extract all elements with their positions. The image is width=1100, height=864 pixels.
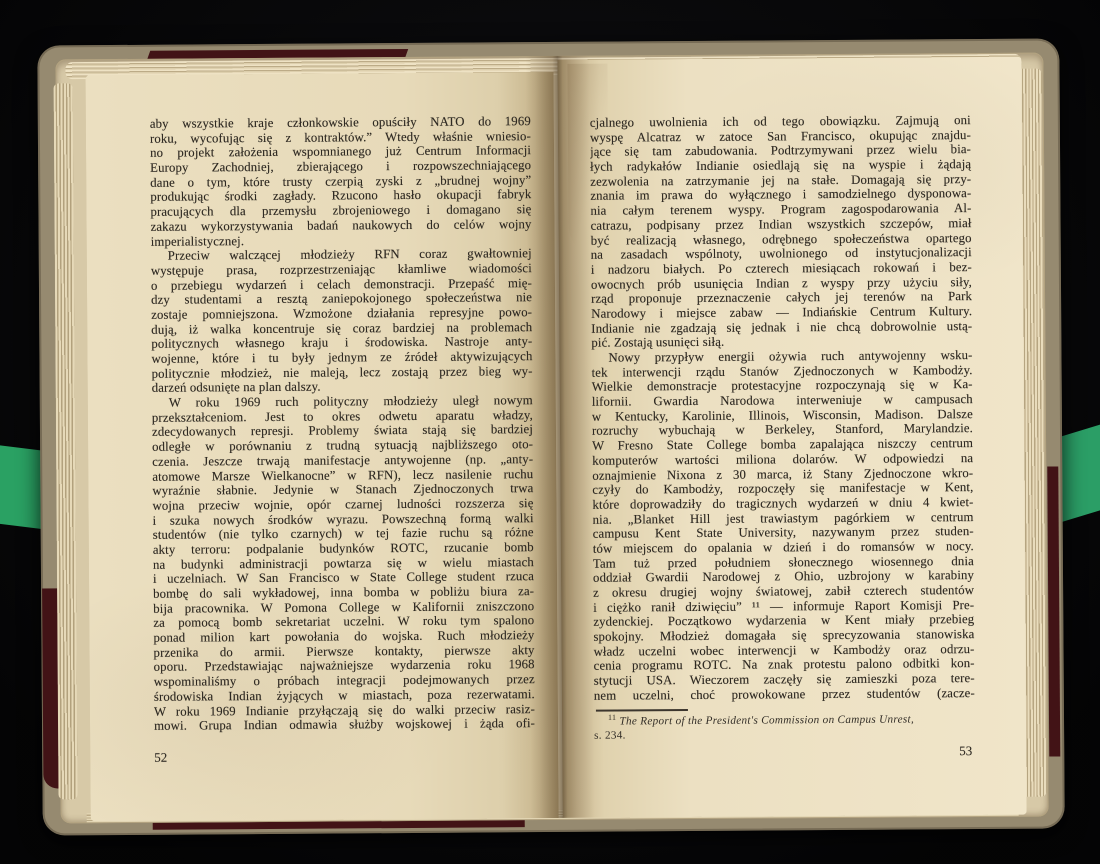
text-line: zakazu wykorzystywania badań naukowych d… [151, 217, 532, 234]
left-page: aby wszystkie kraje członkowskie opuścił… [85, 72, 558, 821]
footnote: 11 The Report of the President's Commiss… [594, 707, 975, 743]
right-page-number: 53 [959, 743, 972, 759]
leather-accent-right [1047, 466, 1060, 756]
footnote-marker: 11 [608, 712, 616, 721]
footnote-title: The Report of the President's Commission… [619, 713, 914, 727]
left-page-number: 52 [154, 750, 167, 766]
text-line: Indianie nie zgadzają się jednak i nie c… [591, 319, 972, 336]
left-page-text: aby wszystkie kraje członkowskie opuścił… [150, 114, 535, 734]
photo-background: aby wszystkie kraje członkowskie opuścił… [0, 0, 1100, 864]
footnote-page-ref: s. 234. [594, 726, 975, 743]
footnote-rule [596, 709, 688, 711]
right-page-text: cjalnego uwolnienia ich od tego obowiązk… [590, 113, 975, 703]
right-page: cjalnego uwolnienia ich od tego obowiązk… [557, 57, 1026, 818]
text-line: mowi. Grupa Indian odmawia służby wojsko… [154, 716, 535, 733]
text-line: nem uczelni, choć prowokowane przez stud… [594, 686, 975, 703]
open-book: aby wszystkie kraje członkowskie opuścił… [0, 0, 1100, 864]
